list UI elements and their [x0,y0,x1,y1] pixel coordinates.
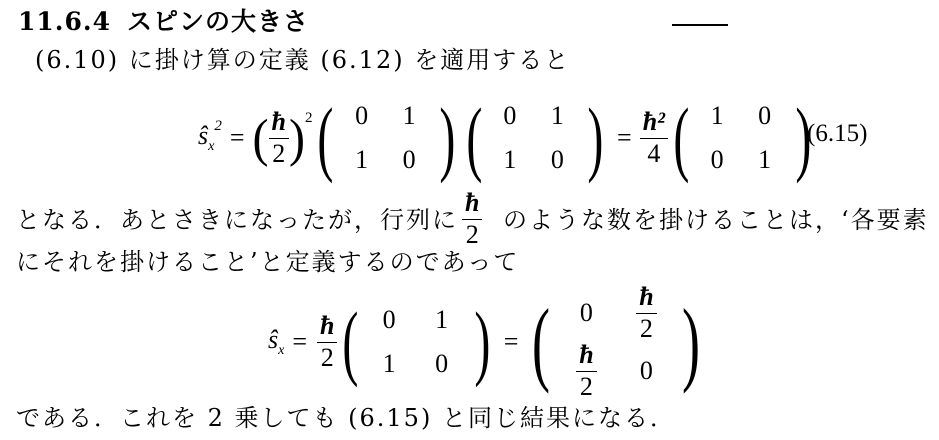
eq615-result-prefactor: ħ² 4 [640,109,668,167]
eq615-matrix-a: 01 10 [339,101,434,175]
inline-fraction: ħ 2 [462,190,482,248]
eq615-lhs: ŝx2 [198,121,222,155]
eq615-equals-2: = [617,123,632,153]
conclusion-paragraph: である．これを 2 乗しても (6.15) と同じ結果になる． [16,398,676,433]
equation-label-6-15: (6.15) [807,120,867,148]
paragraph-line-a: となる．あとさきになったが，行列に [16,200,458,235]
header-rule [672,24,728,26]
section-number: 11.6.4 [18,7,111,36]
eqsx-prefactor: ħ 2 [317,313,337,371]
paragraph-line-c: にそれを掛けること’と定義するのであって [16,242,519,277]
section-title: スピンの大きさ [127,7,309,36]
eqsx-result-matrix: 0 ħ2 ħ2 0 [556,284,676,400]
intro-paragraph: (6.10) に掛け算の定義 (6.12) を適用すると [35,40,570,75]
eq615-prefactor: ħ 2 [269,109,289,167]
paragraph-line-b: のような数を掛けることは，‘各要素 [503,200,929,235]
eq615-matrix-b: 01 10 [487,101,582,175]
eqsx-equals: = [292,327,307,357]
eqsx-lhs: ŝx [268,325,284,359]
equation-sx: ŝx = ħ 2 ( 01 10 ) = ( 0 ħ2 ħ2 0 ) [268,296,706,388]
eq615-result-matrix: 10 01 [695,101,790,175]
section-heading: 11.6.4スピンの大きさ [18,2,309,38]
eqsx-matrix: 01 10 [364,305,469,379]
equation-6-15: ŝx2 = ( ħ 2 ) 2 ( 01 10 ) ( 01 10 ) = ħ²… [198,96,816,180]
eq615-equals: = [230,123,245,153]
eqsx-equals-2: = [504,327,519,357]
